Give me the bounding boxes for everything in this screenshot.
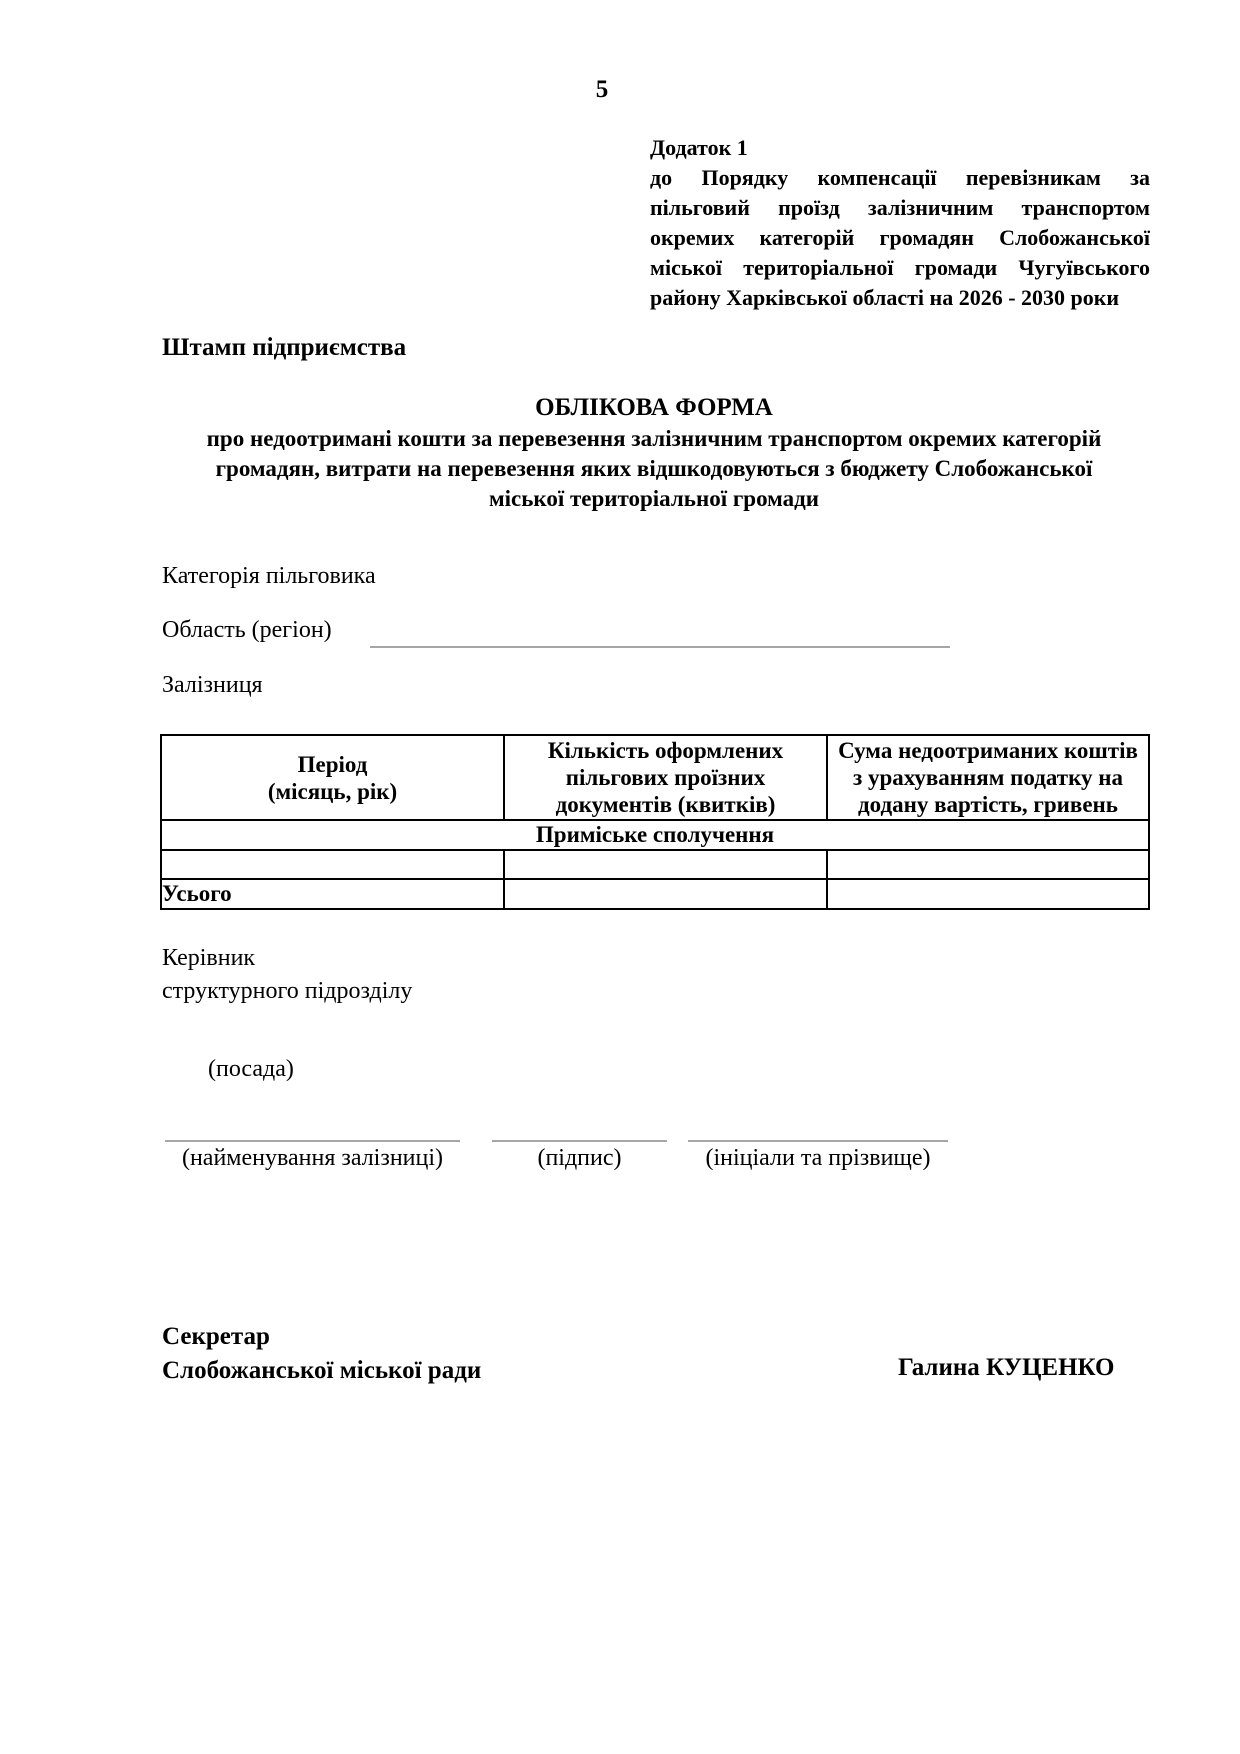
column-header-amount: Сума недоотриманих коштів з урахуванням … (827, 735, 1149, 820)
signoff-role-line: структурного підрозділу (162, 975, 412, 1008)
column-header-period: Період (місяць, рік) (161, 735, 504, 820)
table-cell-empty (827, 879, 1149, 909)
table-cell-empty (504, 850, 827, 879)
table-cell-empty (827, 850, 1149, 879)
appendix-line: району Харківської області на 2026 - 203… (650, 283, 1150, 313)
appendix-line: пільговий проїзд залізничним транспортом (650, 193, 1150, 223)
signature-caption: (підпис) (492, 1142, 667, 1172)
signature-field-signature: (підпис) (492, 1120, 667, 1172)
signoff-role-block: Керівник структурного підрозділу (162, 942, 412, 1008)
signature-field-initials-surname: (ініціали та прізвище) (688, 1120, 948, 1172)
table-header-row: Період (місяць, рік) Кількість оформлени… (161, 735, 1149, 820)
table-total-row: Усього (161, 879, 1149, 909)
appendix-line: окремих категорій громадян Слобожанської (650, 223, 1150, 253)
table-data-row (161, 850, 1149, 879)
form-title-block: ОБЛІКОВА ФОРМА про недоотримані кошти за… (158, 392, 1150, 514)
table-section-row: Приміське сполучення (161, 820, 1149, 850)
column-header-line: документів (квитків) (505, 791, 826, 818)
table-cell-empty (504, 879, 827, 909)
page-number: 5 (160, 76, 1044, 104)
category-field-label: Категорія пільговика (162, 563, 376, 590)
signature-caption: (найменування залізниці) (165, 1142, 460, 1172)
position-caption: (посада) (208, 1056, 294, 1083)
stamp-label: Штамп підприємства (162, 334, 406, 362)
signoff-role-line: Керівник (162, 942, 412, 975)
appendix-line: до Порядку компенсації перевізникам за (650, 163, 1150, 193)
column-header-line: Сума недоотриманих коштів (828, 737, 1148, 764)
appendix-line: Додаток 1 (650, 133, 1150, 163)
document-page: 5 Додаток 1 до Порядку компенсації перев… (0, 0, 1240, 1754)
column-header-line: Період (162, 751, 503, 778)
signature-blank-line (492, 1120, 667, 1142)
secretary-title-block: Секретар Слобожанської міської ради (162, 1320, 481, 1388)
section-label-cell: Приміське сполучення (161, 820, 1149, 850)
railway-field-label: Залізниця (162, 672, 263, 699)
column-header-line: (місяць, рік) (162, 778, 503, 805)
secretary-title-line: Секретар (162, 1320, 481, 1354)
column-header-line: Кількість оформлених (505, 737, 826, 764)
total-label-cell: Усього (161, 879, 504, 909)
column-header-line: додану вартість, гривень (828, 791, 1148, 818)
region-field-label: Область (регіон) (162, 617, 332, 644)
signature-caption: (ініціали та прізвище) (688, 1142, 948, 1172)
form-title-heading: ОБЛІКОВА ФОРМА (158, 392, 1150, 424)
appendix-line: міської територіальної громади Чугуївськ… (650, 253, 1150, 283)
signature-blank-line (165, 1120, 460, 1142)
form-subtitle-line: громадян, витрати на перевезення яких ві… (158, 454, 1150, 484)
secretary-name: Галина КУЦЕНКО (898, 1354, 1115, 1382)
region-blank-line (370, 617, 950, 648)
signature-field-railway-name: (найменування залізниці) (165, 1120, 460, 1172)
form-subtitle-line: про недоотримані кошти за перевезення за… (158, 424, 1150, 454)
form-subtitle-line: міської територіальної громади (158, 484, 1150, 514)
table-cell-empty (161, 850, 504, 879)
secretary-title-line: Слобожанської міської ради (162, 1354, 481, 1388)
report-table: Період (місяць, рік) Кількість оформлени… (160, 734, 1150, 910)
column-header-line: з урахуванням податку на (828, 764, 1148, 791)
column-header-line: пільгових проїзних (505, 764, 826, 791)
column-header-tickets: Кількість оформлених пільгових проїзних … (504, 735, 827, 820)
appendix-reference-block: Додаток 1 до Порядку компенсації перевіз… (650, 133, 1150, 313)
signature-blank-line (688, 1120, 948, 1142)
